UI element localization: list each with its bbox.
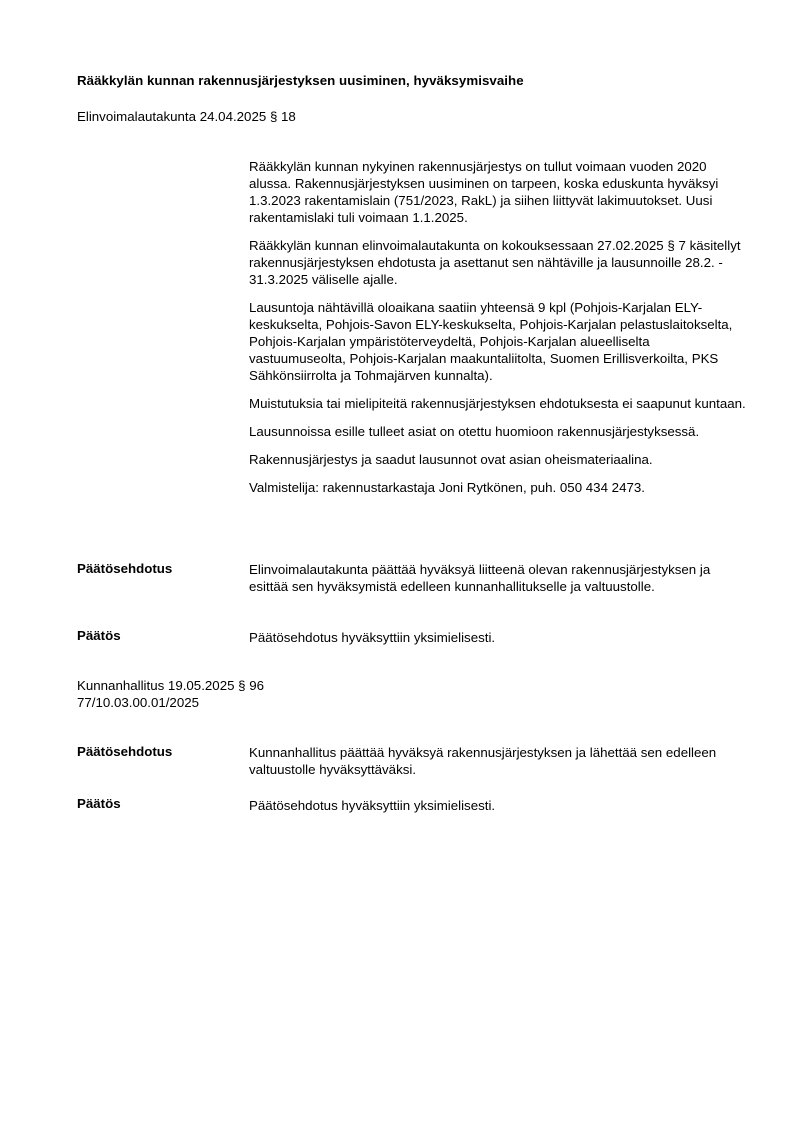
paragraph-preparer: Valmistelija: rakennustarkastaja Joni Ry…	[249, 479, 749, 496]
paragraph-background: Rääkkylän kunnan nykyinen rakennusjärjes…	[249, 158, 749, 226]
paragraph-statements: Lausuntoja nähtävillä oloaikana saatiin …	[249, 299, 749, 384]
second-decision-text: Päätösehdotus hyväksyttiin yksimielisest…	[249, 797, 749, 814]
paragraph-considered: Lausunnoissa esille tulleet asiat on ote…	[249, 423, 749, 440]
meeting-reference: Elinvoimalautakunta 24.04.2025 § 18	[77, 109, 296, 124]
case-description: Rääkkylän kunnan nykyinen rakennusjärjes…	[249, 158, 749, 507]
second-decision-label: Päätös	[77, 796, 121, 811]
second-meeting-block: Kunnanhallitus 19.05.2025 § 96 77/10.03.…	[77, 677, 264, 711]
paragraph-reminders: Muistutuksia tai mielipiteitä rakennusjä…	[249, 395, 749, 412]
document-title: Rääkkylän kunnan rakennusjärjestyksen uu…	[77, 73, 524, 88]
second-proposal-label: Päätösehdotus	[77, 744, 172, 759]
decision-text: Päätösehdotus hyväksyttiin yksimielisest…	[249, 629, 749, 646]
paragraph-previous-handling: Rääkkylän kunnan elinvoimalautakunta on …	[249, 237, 749, 288]
second-meeting-reference: Kunnanhallitus 19.05.2025 § 96	[77, 677, 264, 694]
proposal-label: Päätösehdotus	[77, 561, 172, 576]
proposal-text: Elinvoimalautakunta päättää hyväksyä lii…	[249, 561, 749, 595]
decision-label: Päätös	[77, 628, 121, 643]
paragraph-attachments: Rakennusjärjestys ja saadut lausunnot ov…	[249, 451, 749, 468]
record-number: 77/10.03.00.01/2025	[77, 694, 264, 711]
second-proposal-text: Kunnanhallitus päättää hyväksyä rakennus…	[249, 744, 749, 778]
